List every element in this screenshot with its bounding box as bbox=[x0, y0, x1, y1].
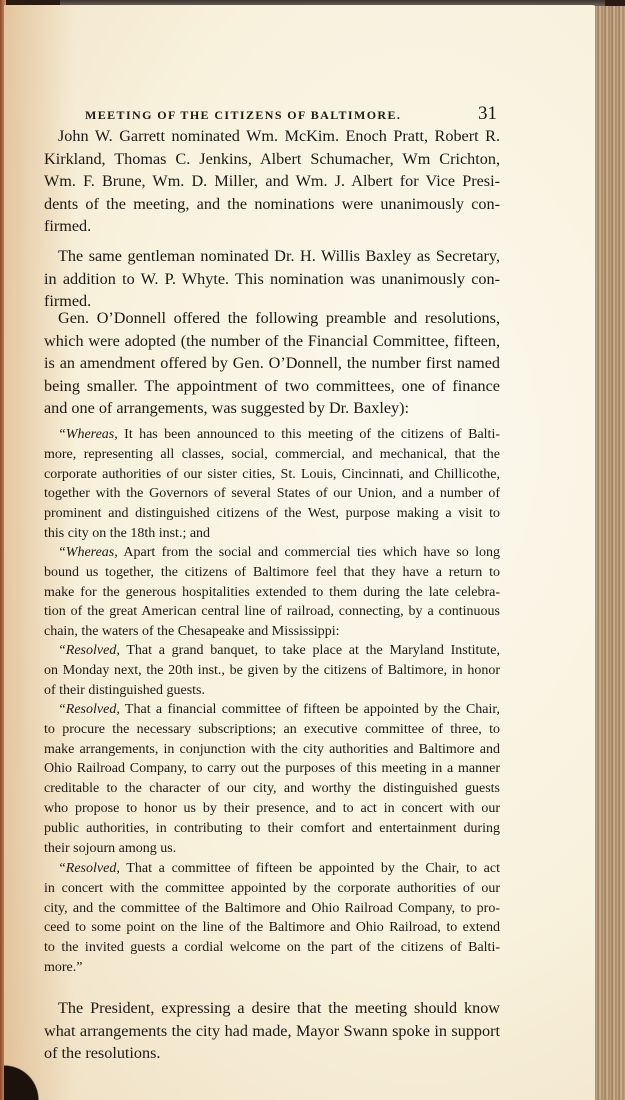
text-line: city, and the committee of the Baltimore… bbox=[44, 899, 500, 919]
text-line: public authorities, in contributing to t… bbox=[44, 819, 500, 839]
text-line: more, representing all classes, social, … bbox=[44, 445, 500, 465]
text-line: John W. Garrett nominated Wm. McKim. Eno… bbox=[44, 125, 500, 148]
resolved-clause-banquet: “Resolved, That a grand banquet, to take… bbox=[44, 641, 500, 700]
text-line: make for the generous hospitalities exte… bbox=[44, 583, 500, 603]
text-line: tion of the great American central line … bbox=[44, 602, 500, 622]
text-line: of their distinguished guests. bbox=[44, 681, 500, 701]
whereas-clause-2: “Whereas, Apart from the social and comm… bbox=[44, 543, 500, 642]
text-line: what arrangements the city had made, May… bbox=[44, 1020, 500, 1043]
text-line: together with the Governors of several S… bbox=[44, 484, 500, 504]
text-line: bound us together, the citizens of Balti… bbox=[44, 563, 500, 583]
text-line: Wm. F. Brune, Wm. D. Miller, and Wm. J. … bbox=[44, 170, 500, 193]
text-line: is an amendment offered by Gen. O’Donnel… bbox=[44, 352, 500, 375]
clause-lead: “Resolved, bbox=[58, 702, 120, 717]
text-line: “Resolved, That a committee of fifteen b… bbox=[44, 859, 500, 879]
text-line: this city on the 18th inst.; and bbox=[44, 524, 500, 544]
text-line: The same gentleman nominated Dr. H. Will… bbox=[44, 245, 500, 268]
book-corner-shadow bbox=[4, 1060, 44, 1100]
text-line: on Monday next, the 20th inst., be given… bbox=[44, 661, 500, 681]
text-line: ceed to some point on the line of the Ba… bbox=[44, 918, 500, 938]
text-line: The President, expressing a desire that … bbox=[44, 997, 500, 1020]
text-line: prominent and distinguished citizens of … bbox=[44, 504, 500, 524]
text-line: which were adopted (the number of the Fi… bbox=[44, 330, 500, 353]
clause-lead: “Whereas, bbox=[58, 545, 118, 560]
text-line: “Whereas, Apart from the social and comm… bbox=[44, 543, 500, 563]
text-line: Gen. O’Donnell offered the following pre… bbox=[44, 307, 500, 330]
paragraph-president-remarks: The President, expressing a desire that … bbox=[44, 997, 500, 1065]
text-line: being smaller. The appointment of two co… bbox=[44, 375, 500, 398]
clause-lead: “Resolved, bbox=[58, 643, 120, 658]
text-line: their sojourn among us. bbox=[44, 839, 500, 859]
paragraph-vice-presidents: John W. Garrett nominated Wm. McKim. Eno… bbox=[44, 125, 500, 238]
text-line: firmed. bbox=[44, 215, 500, 238]
text-line: in addition to W. P. Whyte. This nominat… bbox=[44, 268, 500, 291]
resolved-clause-welcome-committee: “Resolved, That a committee of fifteen b… bbox=[44, 859, 500, 978]
running-head: Meeting of the Citizens of Baltimore. bbox=[85, 108, 505, 123]
text-line: corporate authorities of our sister citi… bbox=[44, 465, 500, 485]
clause-lead: “Whereas, bbox=[58, 427, 118, 442]
text-line: who propose to honor us by their presenc… bbox=[44, 799, 500, 819]
whereas-clause-1: “Whereas, It has been announced to this … bbox=[44, 425, 500, 544]
paragraph-preamble-intro: Gen. O’Donnell offered the following pre… bbox=[44, 307, 500, 420]
text-line: dents of the meeting, and the nomination… bbox=[44, 193, 500, 216]
text-line: chain, the waters of the Chesapeake and … bbox=[44, 622, 500, 642]
text-line: in concert with the committee appointed … bbox=[44, 879, 500, 899]
page-number: 31 bbox=[478, 103, 497, 125]
text-line: more.” bbox=[44, 958, 500, 978]
text-line: Kirkland, Thomas C. Jenkins, Albert Schu… bbox=[44, 148, 500, 171]
resolved-clause-financial-committee: “Resolved, That a financial committee of… bbox=[44, 700, 500, 858]
text-line: creditable to the character of our city,… bbox=[44, 779, 500, 799]
text-line: “Resolved, That a financial committee of… bbox=[44, 700, 500, 720]
text-line: Ohio Railroad Company, to carry out the … bbox=[44, 759, 500, 779]
page-edges bbox=[595, 6, 625, 1100]
text-line: make arrangements, in conjunction with t… bbox=[44, 740, 500, 760]
paragraph-secretary: The same gentleman nominated Dr. H. Will… bbox=[44, 245, 500, 313]
text-line: “Whereas, It has been announced to this … bbox=[44, 425, 500, 445]
text-line: to procure the necessary subscriptions; … bbox=[44, 720, 500, 740]
text-line: of the resolutions. bbox=[44, 1042, 500, 1065]
book-page: Meeting of the Citizens of Baltimore. 31… bbox=[4, 5, 598, 1100]
clause-lead: “Resolved, bbox=[58, 861, 120, 876]
text-line: to the invited guests a cordial welcome … bbox=[44, 938, 500, 958]
text-line: “Resolved, That a grand banquet, to take… bbox=[44, 641, 500, 661]
text-line: and one of arrangements, was suggested b… bbox=[44, 397, 500, 420]
